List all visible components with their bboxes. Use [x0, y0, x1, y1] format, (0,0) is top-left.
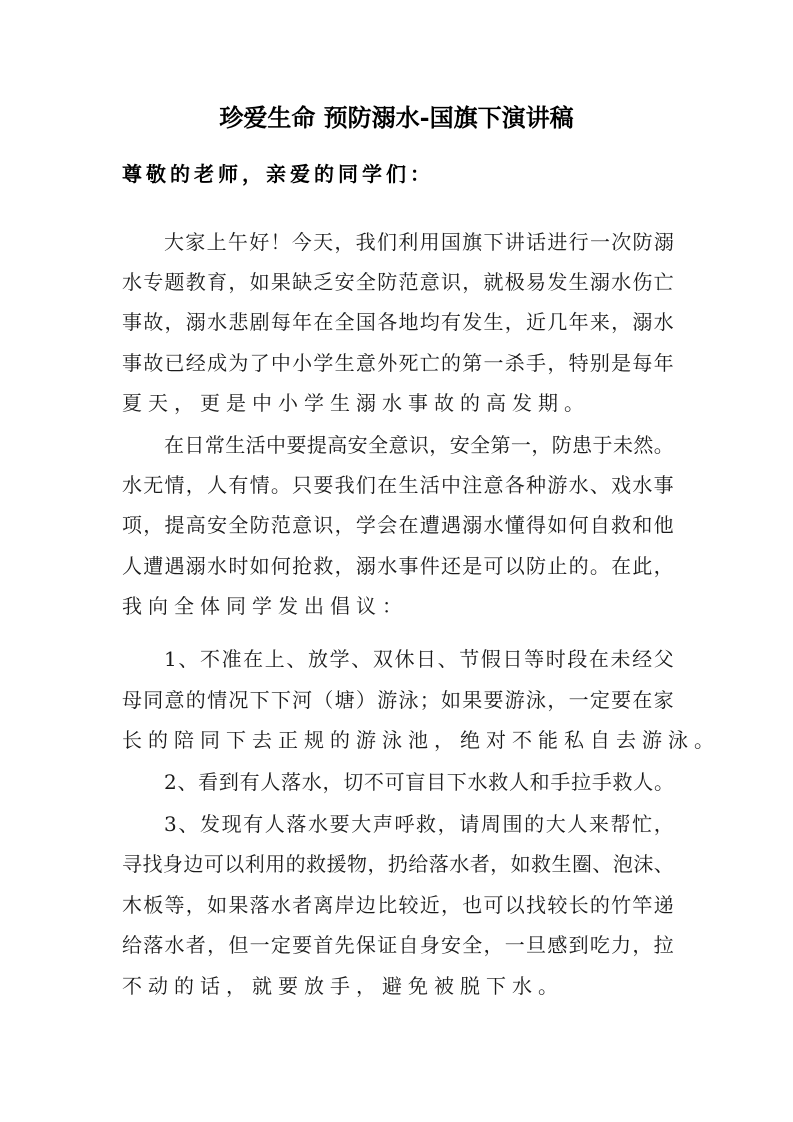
body-line: 长的陪同下去正规的游泳池，绝对不能私自去游泳。 [122, 726, 674, 754]
body-line: 我向全体同学发出倡议： [122, 592, 674, 620]
body-line: 木板等，如果落水者离岸边比较近，也可以找较长的竹竿递 [122, 891, 674, 919]
salutation: 尊敬的老师，亲爱的同学们： [122, 160, 674, 188]
document-page: 珍爱生命 预防溺水-国旗下演讲稿 尊敬的老师，亲爱的同学们： 大家上午好！今天，… [0, 0, 793, 1122]
body-line: 寻找身边可以利用的救援物，扔给落水者，如救生圈、泡沫、 [122, 850, 674, 878]
body-line: 事故，溺水悲剧每年在全国各地均有发生，近几年来，溺水 [122, 308, 674, 336]
list-item-3: 3、发现有人落水要大声呼救，请周围的大人来帮忙， [164, 810, 674, 838]
body-line: 水专题教育，如果缺乏安全防范意识，就极易发生溺水伤亡 [122, 268, 674, 296]
body-line: 水无情，人有情。只要我们在生活中注意各种游水、戏水事 [122, 471, 674, 499]
body-line: 夏天，更是中小学生溺水事故的高发期。 [122, 389, 674, 417]
list-item-2: 2、看到有人落水，切不可盲目下水救人和手拉手救人。 [164, 768, 674, 796]
body-line: 在日常生活中要提高安全意识，安全第一，防患于未然。 [164, 431, 674, 459]
body-line: 给落水者，但一定要首先保证自身安全，一旦感到吃力，拉 [122, 931, 674, 959]
body-line: 人遭遇溺水时如何抢救，溺水事件还是可以防止的。在此， [122, 552, 674, 580]
document-title: 珍爱生命 预防溺水-国旗下演讲稿 [0, 101, 793, 135]
body-line: 不动的话，就要放手，避免被脱下水。 [122, 972, 674, 1000]
body-line: 事故已经成为了中小学生意外死亡的第一杀手，特别是每年 [122, 349, 674, 377]
body-line: 母同意的情况下下河（塘）游泳；如果要游泳，一定要在家 [122, 686, 674, 714]
body-line: 大家上午好！今天，我们利用国旗下讲话进行一次防溺 [164, 228, 674, 256]
body-line: 项，提高安全防范意识，学会在遭遇溺水懂得如何自救和他 [122, 511, 674, 539]
list-item-1: 1、不准在上、放学、双休日、节假日等时段在未经父 [164, 645, 674, 673]
